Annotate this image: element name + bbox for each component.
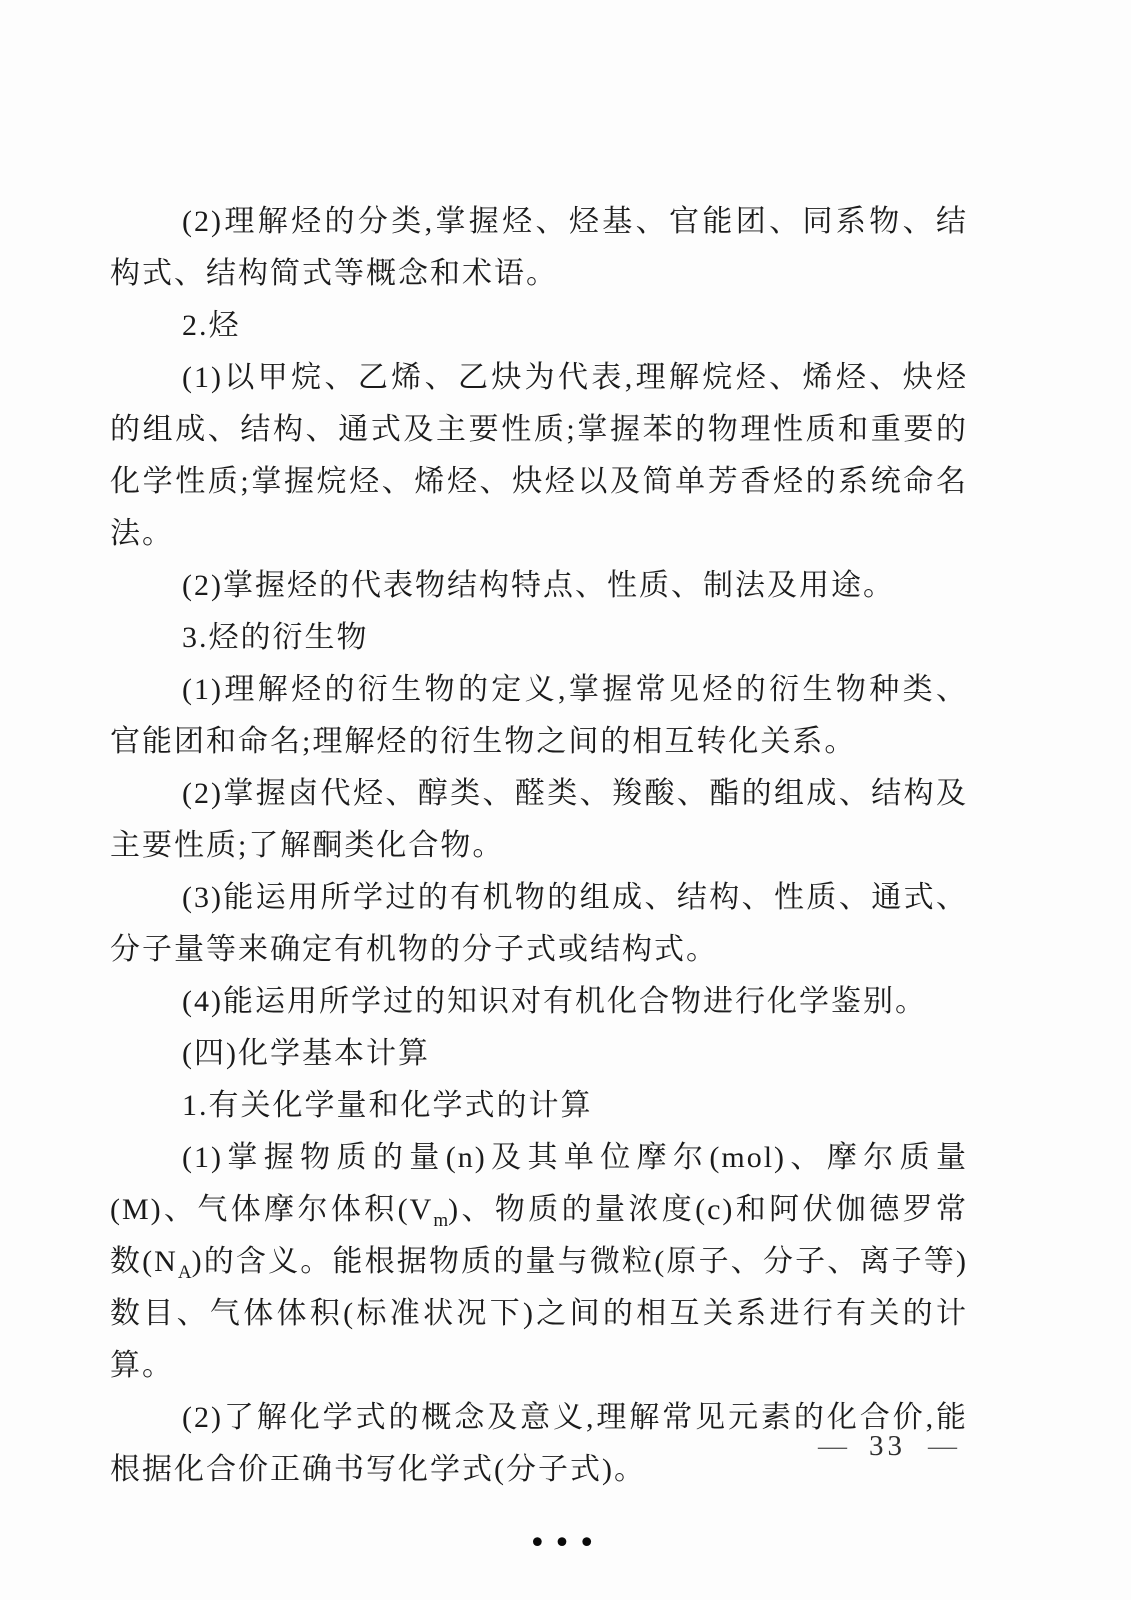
para-1-amount-of-substance: (1)掌握物质的量(n)及其单位摩尔(mol)、摩尔质量(M)、气体摩尔体积(V…: [110, 1132, 968, 1392]
document-body: (2)理解烃的分类,掌握烃、烃基、官能团、同系物、结构式、结构简式等概念和术语。…: [110, 196, 968, 1496]
para-1-alkanes-alkenes-alkynes: (1)以甲烷、乙烯、乙炔为代表,理解烷烃、烯烃、炔烃的组成、结构、通式及主要性质…: [110, 352, 968, 560]
page-number-value: 33: [869, 1430, 906, 1463]
heading-1-chemical-quantities: 1.有关化学量和化学式的计算: [110, 1080, 968, 1132]
para-2-representative-hydrocarbons-text: (2)掌握烃的代表物结构特点、性质、制法及用途。: [182, 569, 895, 602]
heading-2-hydrocarbons: 2.烃: [110, 300, 968, 352]
para-1-amount-of-substance-text: )的含义。能根据物质的量与微粒(原子、分子、离子等)数目、气体体积(标准状况下)…: [110, 1245, 968, 1382]
para-1-alkanes-alkenes-alkynes-text: (1)以甲烷、乙烯、乙炔为代表,理解烷烃、烯烃、炔烃的组成、结构、通式及主要性质…: [110, 361, 968, 550]
page-number-left-dash: —: [818, 1430, 847, 1463]
para-hydrocarbon-classification-text: (2)理解烃的分类,掌握烃、烃基、官能团、同系物、结构式、结构简式等概念和术语。: [110, 205, 968, 290]
heading-4-basic-chemical-calculations: (四)化学基本计算: [110, 1028, 968, 1080]
para-4-chemical-identification: (4)能运用所学过的知识对有机化合物进行化学鉴别。: [110, 976, 968, 1028]
para-1-amount-of-substance-subscript: m: [433, 1210, 448, 1231]
para-4-chemical-identification-text: (4)能运用所学过的知识对有机化合物进行化学鉴别。: [182, 985, 927, 1018]
page-number: — 33 —: [818, 1430, 957, 1463]
para-3-organic-formula-determination-text: (3)能运用所学过的有机物的组成、结构、性质、通式、分子量等来确定有机物的分子式…: [110, 881, 968, 966]
heading-3-hydrocarbon-derivatives-text: 3.烃的衍生物: [182, 621, 369, 654]
para-2-representative-hydrocarbons: (2)掌握烃的代表物结构特点、性质、制法及用途。: [110, 560, 968, 612]
heading-2-hydrocarbons-text: 2.烃: [182, 309, 241, 342]
para-2-halogenated-hydrocarbons-text: (2)掌握卤代烃、醇类、醛类、羧酸、酯的组成、结构及主要性质;了解酮类化合物。: [110, 777, 968, 862]
para-1-derivative-definition: (1)理解烃的衍生物的定义,掌握常见烃的衍生物种类、官能团和命名;理解烃的衍生物…: [110, 664, 968, 768]
page-number-right-dash: —: [928, 1430, 957, 1463]
para-hydrocarbon-classification: (2)理解烃的分类,掌握烃、烃基、官能团、同系物、结构式、结构简式等概念和术语。: [110, 196, 968, 300]
para-1-amount-of-substance-subscript: A: [178, 1262, 192, 1283]
heading-1-chemical-quantities-text: 1.有关化学量和化学式的计算: [182, 1089, 593, 1122]
para-3-organic-formula-determination: (3)能运用所学过的有机物的组成、结构、性质、通式、分子量等来确定有机物的分子式…: [110, 872, 968, 976]
document-page: (2)理解烃的分类,掌握烃、烃基、官能团、同系物、结构式、结构简式等概念和术语。…: [0, 0, 1131, 1600]
para-2-halogenated-hydrocarbons: (2)掌握卤代烃、醇类、醛类、羧酸、酯的组成、结构及主要性质;了解酮类化合物。: [110, 768, 968, 872]
para-1-derivative-definition-text: (1)理解烃的衍生物的定义,掌握常见烃的衍生物种类、官能团和命名;理解烃的衍生物…: [110, 673, 968, 758]
heading-4-basic-chemical-calculations-text: (四)化学基本计算: [182, 1037, 430, 1070]
footer-dots: •••: [0, 1526, 1131, 1561]
heading-3-hydrocarbon-derivatives: 3.烃的衍生物: [110, 612, 968, 664]
